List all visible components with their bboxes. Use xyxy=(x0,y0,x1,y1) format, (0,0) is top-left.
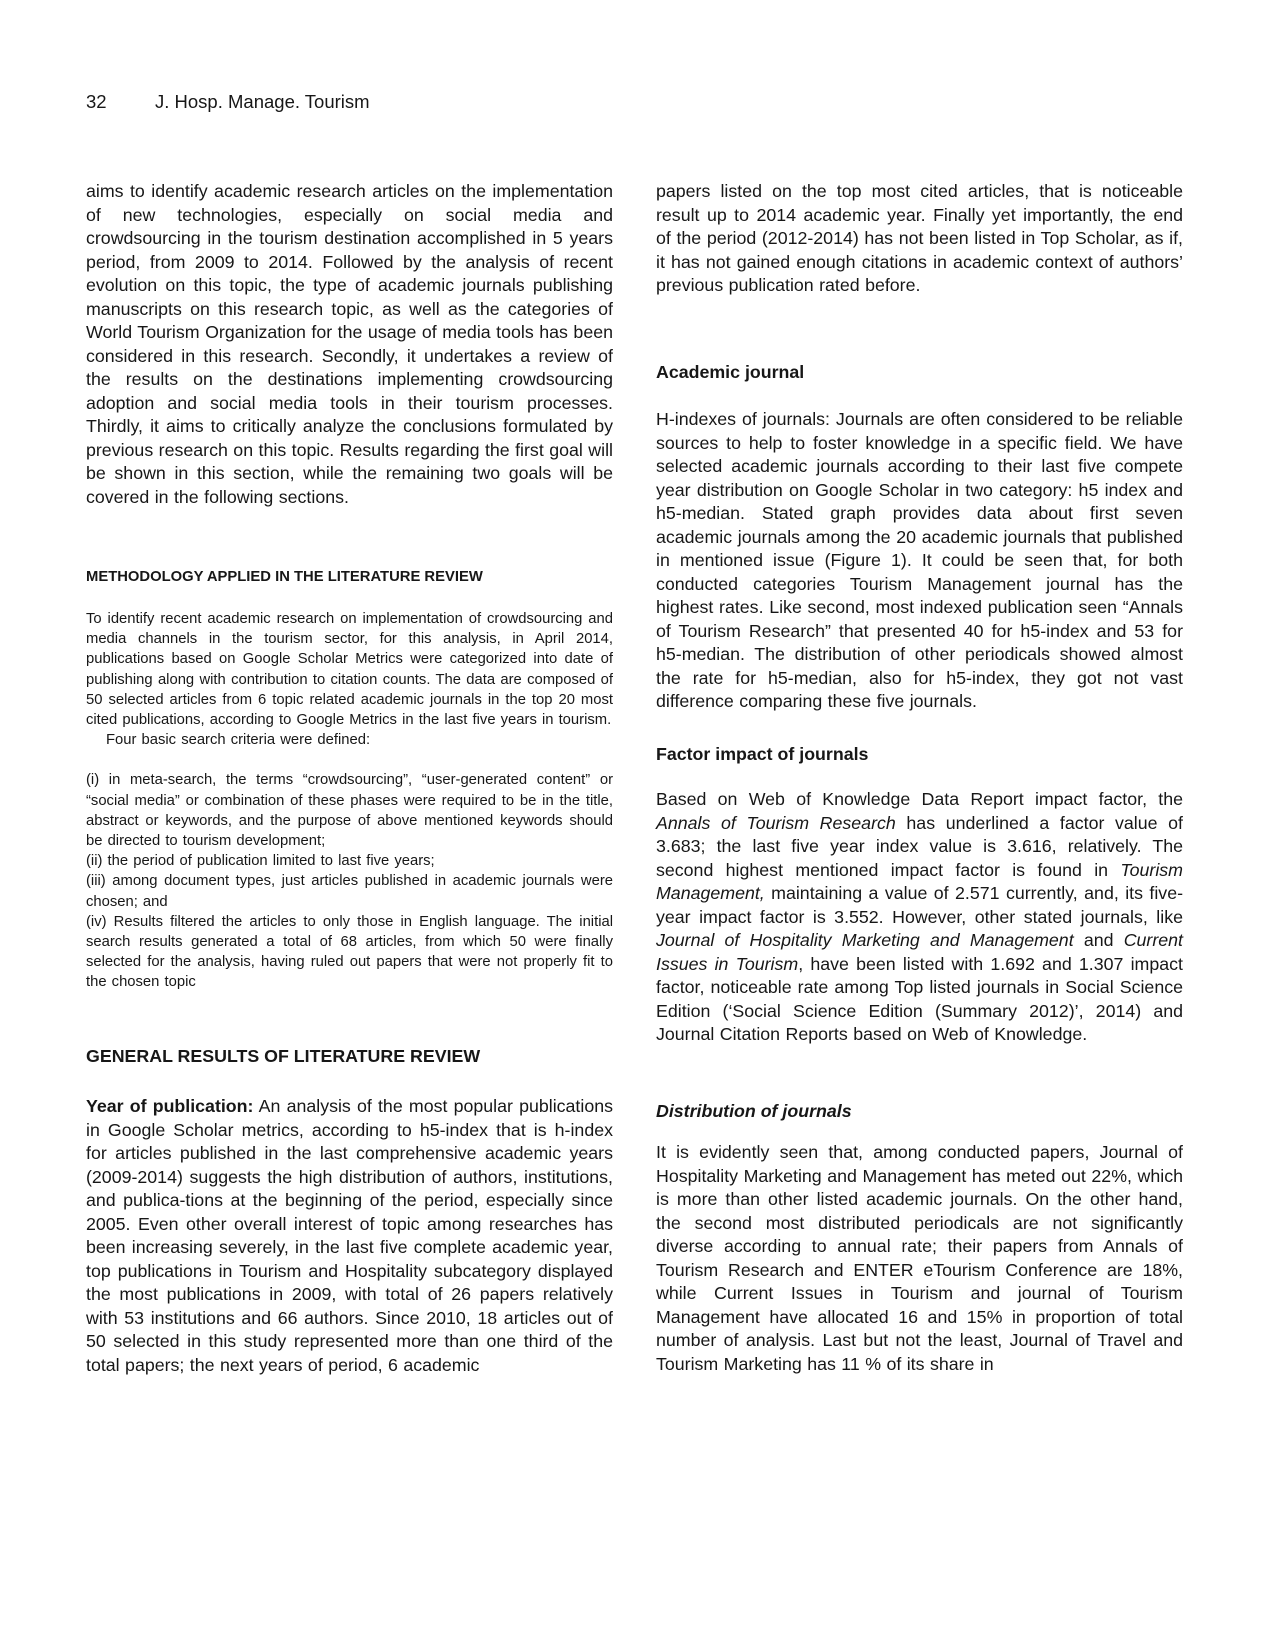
criterion-iii: (iii) among document types, just article… xyxy=(86,871,613,911)
journal-title-hospitality-marketing-management: Journal of Hospitality Marketing and Man… xyxy=(656,930,1074,950)
two-column-body: aims to identify academic research artic… xyxy=(86,180,1187,1377)
right-column: papers listed on the top most cited arti… xyxy=(656,180,1183,1376)
distribution-heading: Distribution of journals xyxy=(656,1100,1183,1124)
methodology-section: To identify recent academic research on … xyxy=(86,609,613,993)
year-of-publication-paragraph: Year of publication: An analysis of the … xyxy=(86,1095,613,1377)
journal-title-annals-of-tourism-research: Annals of Tourism Research xyxy=(656,813,896,833)
factor-impact-heading: Factor impact of journals xyxy=(656,743,1183,767)
factor-impact-paragraph: Based on Web of Knowledge Data Report im… xyxy=(656,788,1183,1047)
criteria-intro: Four basic search criteria were defined: xyxy=(86,730,613,750)
academic-journal-paragraph: H-indexes of journals: Journals are ofte… xyxy=(656,408,1183,714)
general-results-heading: GENERAL RESULTS OF LITERATURE REVIEW xyxy=(86,1045,613,1069)
running-title: J. Hosp. Manage. Tourism xyxy=(155,91,370,112)
intro-paragraph: aims to identify academic research artic… xyxy=(86,180,613,509)
distribution-paragraph: It is evidently seen that, among conduct… xyxy=(656,1141,1183,1376)
page-number: 32 xyxy=(86,90,108,114)
continuation-paragraph: papers listed on the top most cited arti… xyxy=(656,180,1183,298)
factor-impact-segment: and xyxy=(1074,930,1124,950)
left-column: aims to identify academic research artic… xyxy=(86,180,613,1377)
year-of-publication-lead: Year of publication: xyxy=(86,1096,253,1116)
year-of-publication-text: An analysis of the most popular publicat… xyxy=(86,1096,613,1375)
criteria-list: (i) in meta-search, the terms “crowdsour… xyxy=(86,770,613,992)
page-header: 32J. Hosp. Manage. Tourism xyxy=(86,90,1187,114)
factor-impact-segment: Based on Web of Knowledge Data Report im… xyxy=(656,789,1183,809)
academic-journal-heading: Academic journal xyxy=(656,361,1183,385)
criterion-iv: (iv) Results filtered the articles to on… xyxy=(86,912,613,993)
methodology-paragraph: To identify recent academic research on … xyxy=(86,609,613,730)
criterion-i: (i) in meta-search, the terms “crowdsour… xyxy=(86,770,613,851)
document-page: 32J. Hosp. Manage. Tourism aims to ident… xyxy=(0,0,1275,1651)
criterion-ii: (ii) the period of publication limited t… xyxy=(86,851,613,871)
methodology-heading: METHODOLOGY APPLIED IN THE LITERATURE RE… xyxy=(86,567,613,587)
